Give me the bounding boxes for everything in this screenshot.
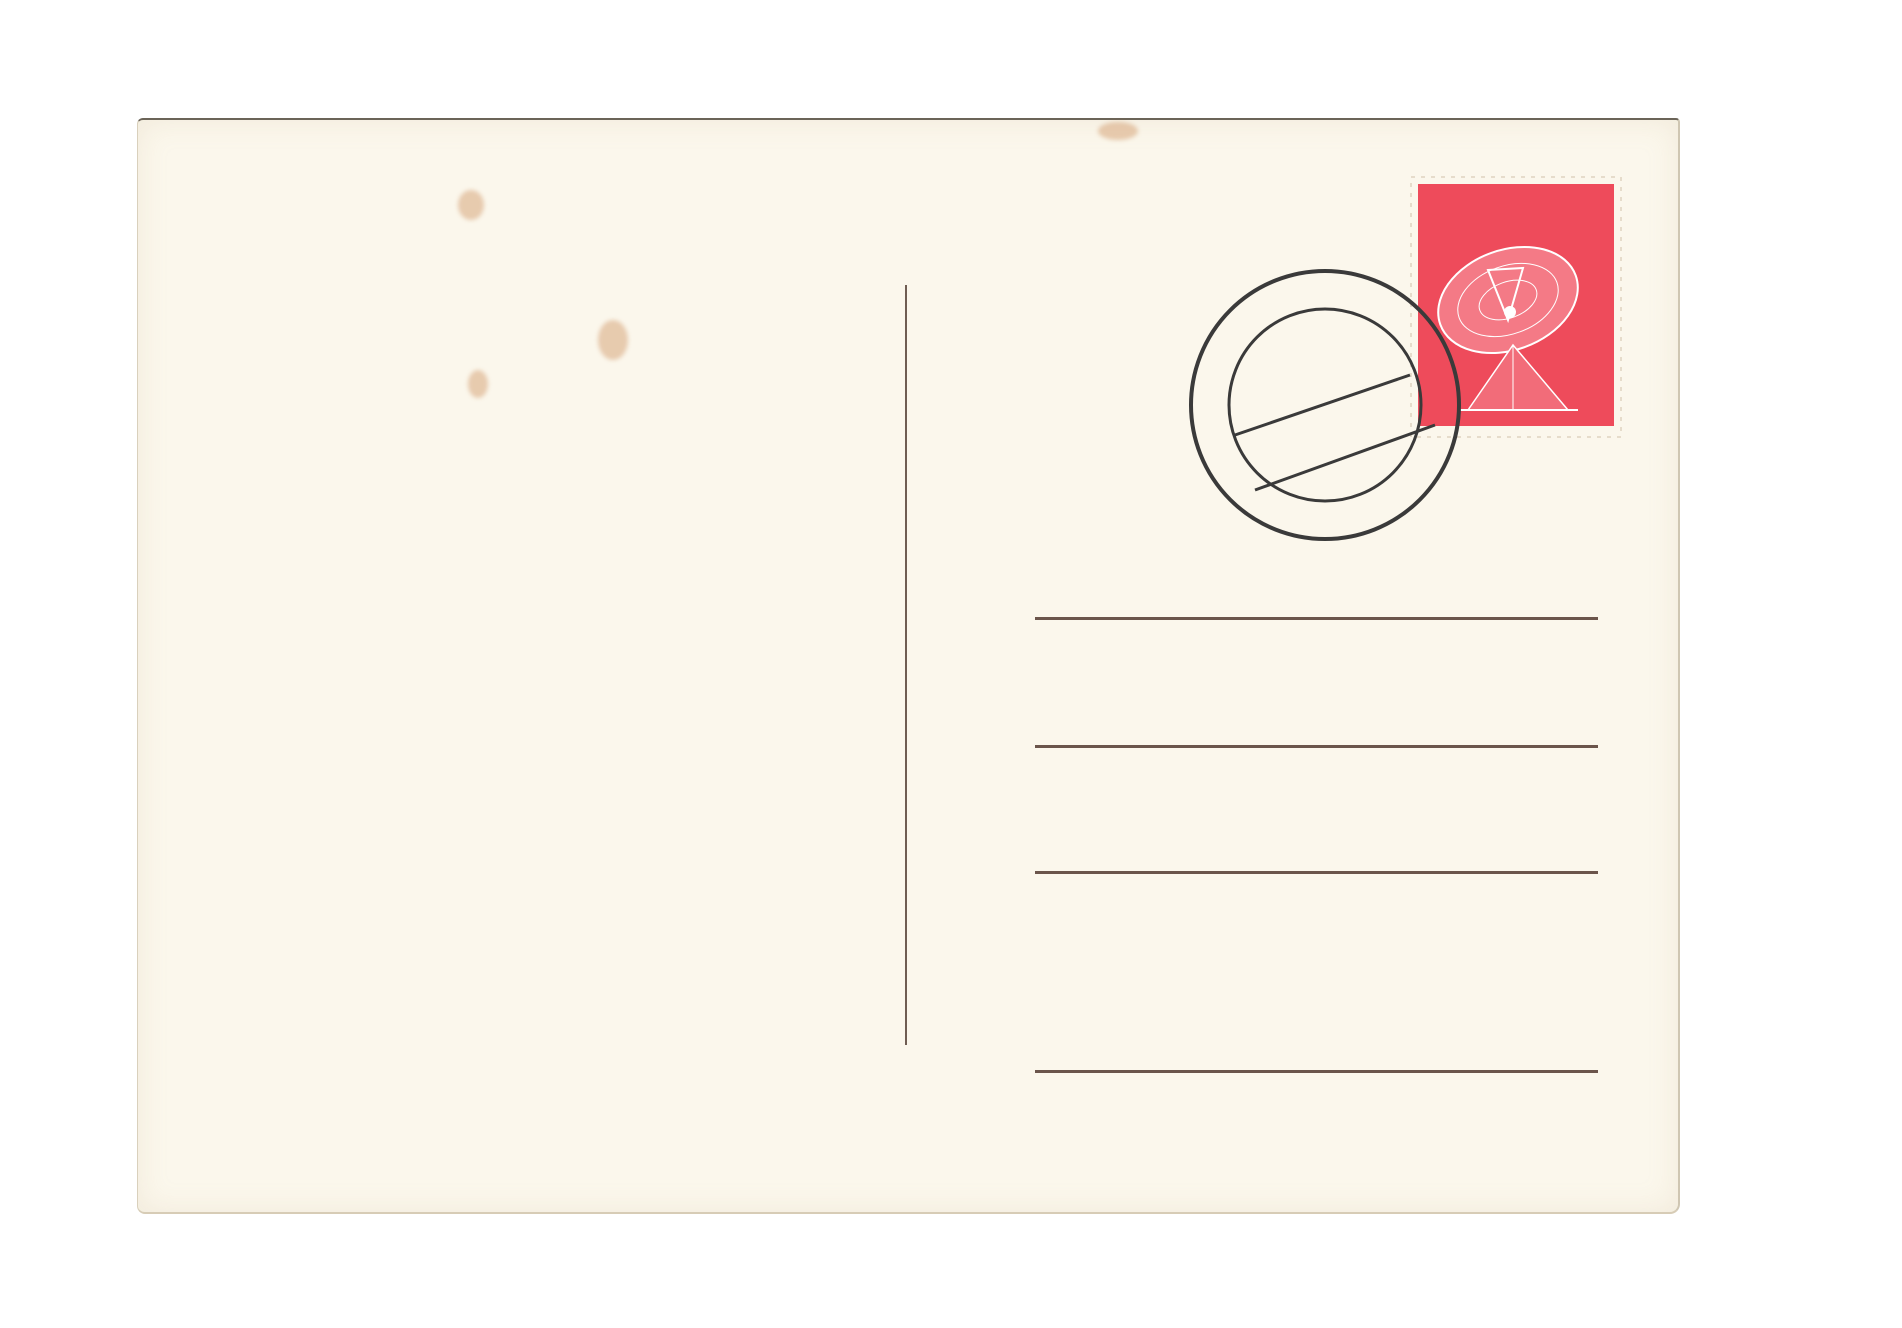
address-line-4: [1035, 1070, 1598, 1073]
handwritten-message: [140, 120, 920, 1210]
address-line-3: [1035, 871, 1598, 874]
postmark-cancellation: [1185, 265, 1465, 545]
rust-stain: [1098, 122, 1138, 140]
address-line-2: [1035, 745, 1598, 748]
address-line-1: [1035, 617, 1598, 620]
